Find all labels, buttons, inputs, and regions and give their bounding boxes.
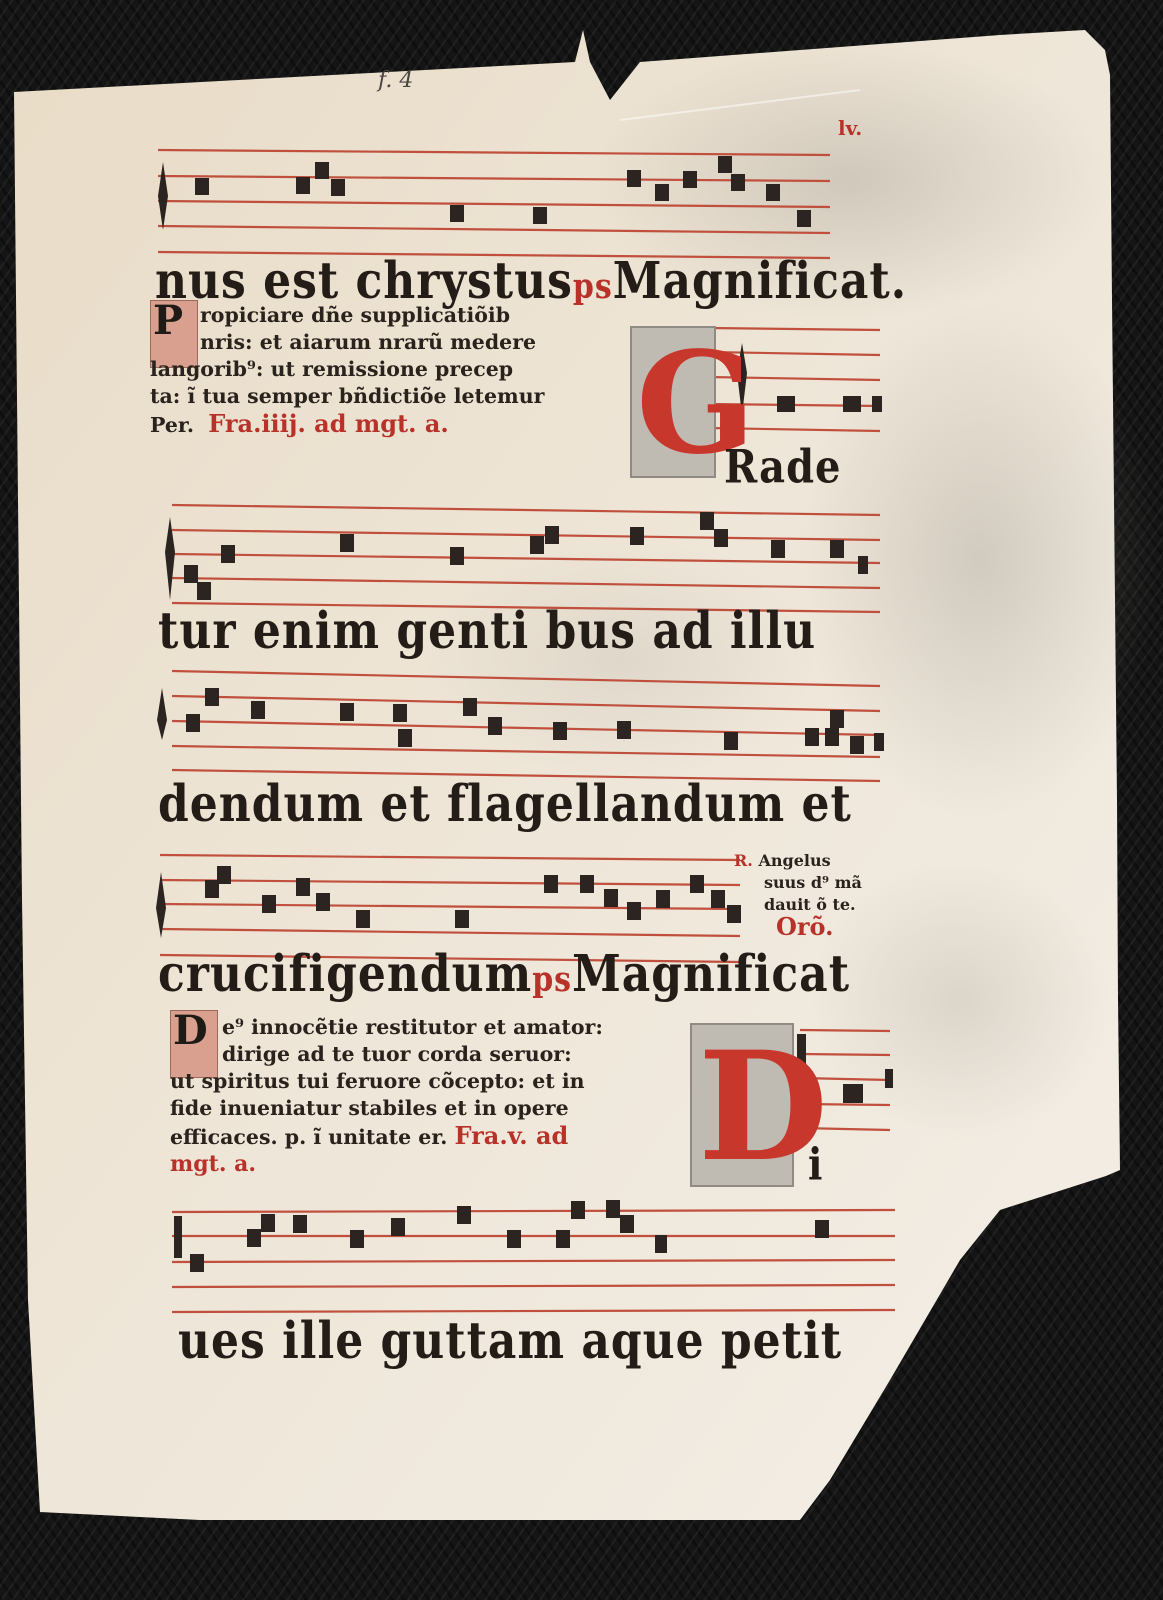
magnificat-cue: Magnificat. — [613, 252, 907, 311]
prayer-line: nris: et aiarum nrarũ medere — [200, 329, 536, 356]
margin-note: R. Angelus suus d⁹ mã dauit õ te. Orõ. — [734, 850, 862, 938]
lyric-line-2: tur enim genti bus ad illu — [158, 602, 816, 661]
illuminated-initial-d: D — [690, 1023, 794, 1187]
lyric-line-5: ues ille guttam aque petit — [178, 1312, 842, 1371]
pencil-folio-number: f. 4 — [378, 68, 413, 93]
prayer-2-text-cont: ut spiritus tui feruore cõcepto: et in f… — [170, 1068, 585, 1178]
magnificat-cue: Magnificat — [572, 945, 850, 1004]
prayer-line: langorib⁹: ut remissione precep — [150, 356, 544, 383]
margin-line: Angelus — [758, 851, 830, 870]
prayer-line: ropiciare dñe supplicatiõib — [200, 302, 536, 329]
prayer-1-text-cont: langorib⁹: ut remissione precep ta: ĩ tu… — [150, 356, 544, 439]
prayer-line: ut spiritus tui feruore cõcepto: et in — [170, 1068, 585, 1095]
lyric-line-4: crucifigendumpsMagnificat — [158, 945, 850, 1004]
prayer-2-rubric: Fra.v. ad — [455, 1121, 569, 1150]
lyric-text: crucifigendum — [158, 945, 532, 1004]
prayer-line: dirige ad te tuor corda seruor: — [222, 1041, 603, 1068]
prayer-line-text: efficaces. p. ĩ unitate er. — [170, 1125, 447, 1149]
oratio-rubric: Orõ. — [734, 916, 862, 938]
prayer-line: fide inueniatur stabiles et in opere — [170, 1095, 585, 1122]
per-abbrev: Per. — [150, 413, 194, 437]
prayer-1-text: ropiciare dñe supplicatiõib nris: et aia… — [200, 302, 536, 356]
chant-continuation-2: i — [808, 1138, 823, 1190]
lyric-line-3: dendum et flagellandum et — [158, 775, 852, 834]
illuminated-initial-g: G — [630, 326, 716, 478]
prayer-2-rubric-cont: mgt. a. — [170, 1151, 585, 1178]
prayer-2-text: e⁹ innocẽtie restitutor et amator: dirig… — [222, 1014, 603, 1068]
response-mark: R. — [734, 851, 753, 870]
psalm-rubric: ps — [532, 960, 572, 1000]
chant-continuation-1: Rade — [724, 440, 842, 494]
prayer-line: efficaces. p. ĩ unitate er. Fra.v. ad — [170, 1122, 585, 1151]
prayer-line: ta: ĩ tua semper bñdictiõe letemur — [150, 383, 544, 410]
psalm-rubric: ps — [573, 267, 613, 307]
prayer-line: e⁹ innocẽtie restitutor et amator: — [222, 1014, 603, 1041]
folio-number: lv. — [838, 116, 862, 140]
margin-line: suus d⁹ mã — [734, 872, 862, 894]
prayer-1-rubric: Fra.iiij. ad mgt. a. — [208, 409, 448, 438]
prayer-line: Per. Fra.iiij. ad mgt. a. — [150, 410, 544, 439]
